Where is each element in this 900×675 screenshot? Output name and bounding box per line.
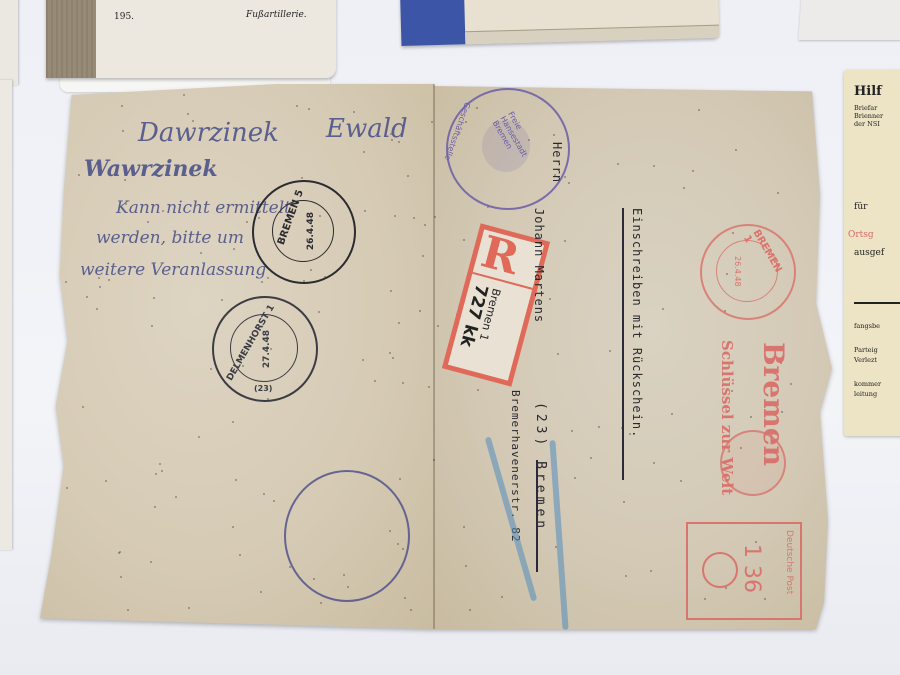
card-stamp: Ortsg [848,230,874,240]
card-line: Brienner [854,112,883,120]
meter-cancel: BREMEN 1 26.4.48 [700,224,796,320]
meter-cancel-date: 26.4.48 [733,256,742,287]
handwritten-correction: Wawrzinek [84,156,218,182]
booklet-title: Fußartillerie. [246,10,307,20]
handwritten-given-name: Ewald [326,114,408,144]
card-line: der NSI [854,120,880,128]
handwritten-note-line: werden, bitte um [96,228,244,248]
paper-left-edge [0,80,12,550]
booklet-spine [46,0,96,78]
postmark-prefix: (23) [254,384,272,393]
card-line: Briefar [854,104,877,112]
postmark-date: 27.4.48 [262,330,272,368]
paper-top-right [798,0,900,40]
card-line: Verlezt [854,356,877,364]
booklet-page-number: 195. [114,12,134,22]
card-line: Parteig [854,346,878,354]
card-line: leitung [854,390,877,398]
card-line: fangsbe [854,322,880,330]
service-note: Einschreiben mit Rückschein. [630,208,644,438]
right-card: Hilf Briefar Brienner der NSI für Ortsg … [844,70,900,436]
postmark-bremen: BREMEN 5 26.4.48 [252,180,356,284]
card-line: für [854,202,867,212]
postmark-delmenhorst: DELMENHORST 1 (23) 27.4.48 [212,296,318,402]
address-name: Johann Martens [532,208,546,323]
card-heading: Hilf [854,84,882,99]
postmark-faint [284,470,410,602]
handwritten-note-line: weitere Veranlassung [80,260,266,280]
address-salutation: Herrn [550,142,564,183]
envelope-fold [433,84,435,629]
booklet-fussartillerie: 195. Fußartillerie. [46,0,336,78]
paper-left-edge-top [0,0,18,85]
meter-postage-value: 1 36 [739,544,764,593]
city-underline [536,460,538,572]
booklet-pages [465,25,719,45]
globe-key-icon [720,430,786,496]
handwritten-surname: Dawrzinek [138,118,279,148]
card-line: ausgef [854,248,884,258]
meter-postal-authority: Deutsche Post [784,530,794,594]
postmark-date: 26.4.48 [306,212,316,250]
meter-postage-box: 1 36 Deutsche Post [686,522,802,620]
posthorn-icon [702,552,738,588]
envelope: Dawrzinek Ewald Wawrzinek Kann nicht erm… [40,84,832,629]
card-line: kommer [854,380,881,388]
service-note-rule [622,208,624,480]
card-rule [854,302,900,304]
blue-spine [400,0,465,46]
booklet-blue-spine [400,0,719,46]
